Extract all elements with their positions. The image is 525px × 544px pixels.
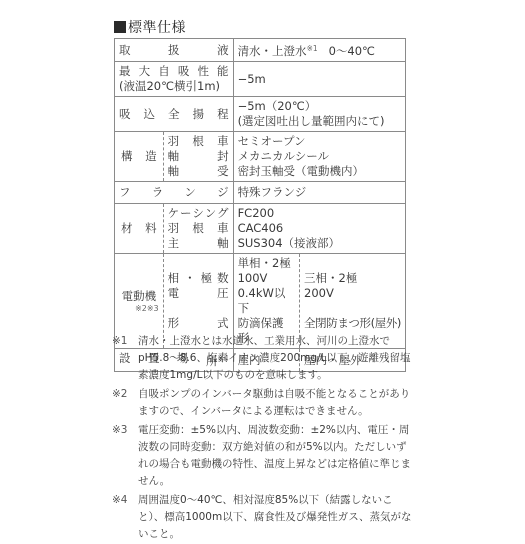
footnote-text: 自吸ポンプのインバータ駆動は自吸不能となることがありますので、インバータによる運… bbox=[138, 386, 412, 420]
footnote-text: 電圧変動：±5%以内、周波数変動：±2%以内、電圧・周波数の同時変動：双方絶対値… bbox=[138, 422, 412, 490]
value-line: 0.4kW以下 bbox=[238, 286, 295, 316]
footnote-mark: ※3 bbox=[112, 422, 138, 490]
section-title-text: 標準仕様 bbox=[128, 20, 186, 36]
footnote-mark: ※4 bbox=[112, 492, 138, 543]
liquid-range: 0〜40℃ bbox=[329, 44, 375, 58]
sub-label: 電圧 bbox=[168, 286, 229, 301]
value-line: 密封玉軸受（電動機内） bbox=[238, 164, 401, 179]
group-label-text: 電動機 bbox=[119, 289, 159, 304]
value-line: SUS304（接液部） bbox=[238, 236, 401, 251]
sub-label: 相・極数 bbox=[168, 271, 229, 286]
value-line: セミオープン bbox=[238, 134, 401, 149]
spec-table: 取扱液 清水・上澄水※1 0〜40℃ 最大自吸性能 (液温20℃横引1m) −5… bbox=[114, 38, 406, 372]
footnote: ※2 自吸ポンプのインバータ駆動は自吸不能となることがありますので、インバータに… bbox=[112, 386, 412, 420]
spread-label: 最大自吸性能 bbox=[119, 64, 229, 79]
liquid-value: 清水・上澄水 bbox=[238, 44, 307, 58]
value-line: メカニカルシール bbox=[238, 149, 401, 164]
square-bullet-icon bbox=[114, 21, 126, 33]
value-line: (選定図吐出し量範囲内にて) bbox=[238, 114, 401, 129]
table-row-liquid: 取扱液 清水・上澄水※1 0〜40℃ bbox=[115, 39, 406, 62]
group-label: 構造 bbox=[115, 132, 164, 182]
spread-label: 吸込全揚程 bbox=[119, 107, 229, 122]
footnote: ※1 清水・上澄水とは水道水、工業用水、河川の上澄水でpH5.8〜8.6、塩素イ… bbox=[112, 333, 412, 384]
footnotes: ※1 清水・上澄水とは水道水、工業用水、河川の上澄水でpH5.8〜8.6、塩素イ… bbox=[112, 333, 412, 543]
sub-label bbox=[168, 301, 229, 316]
sub-label: 羽根車 bbox=[168, 221, 229, 236]
value-line: 200V bbox=[304, 286, 401, 301]
sub-label: ケーシング bbox=[168, 206, 229, 221]
row-value: セミオープン メカニカルシール 密封玉軸受（電動機内） bbox=[233, 132, 405, 182]
row-value: 特殊フランジ bbox=[233, 182, 405, 204]
sub-labels: ケーシング 羽根車 主軸 bbox=[163, 204, 233, 254]
row-label: 取扱液 bbox=[115, 39, 234, 62]
sub-label: 形式 bbox=[168, 316, 229, 331]
row-label: 吸込全揚程 bbox=[115, 97, 234, 132]
row-value: −5m（20℃） (選定図吐出し量範囲内にて) bbox=[233, 97, 405, 132]
section-title: 標準仕様 bbox=[114, 17, 186, 37]
sub-label: 主軸 bbox=[168, 236, 229, 251]
value-line: FC200 bbox=[238, 206, 401, 221]
footnote-text: 周囲温度0〜40℃、相対湿度85%以下（結露しないこと）、標高1000m以下、腐… bbox=[138, 492, 412, 543]
sub-label: 軸受 bbox=[168, 164, 229, 179]
footnote-mark: ※2 bbox=[112, 386, 138, 420]
spread-label: 取扱液 bbox=[119, 43, 229, 58]
value-line: 三相・2極 bbox=[304, 271, 401, 286]
footnote-text: 清水・上澄水とは水道水、工業用水、河川の上澄水でpH5.8〜8.6、塩素イオン濃… bbox=[138, 333, 412, 384]
sub-label: 羽根車 bbox=[168, 134, 229, 149]
footnote-mark: ※1 bbox=[112, 333, 138, 384]
sub-label: 軸封 bbox=[168, 149, 229, 164]
note-ref: ※2※3 bbox=[119, 304, 159, 313]
value-line: CAC406 bbox=[238, 221, 401, 236]
value-line: 100V bbox=[238, 271, 295, 286]
value-line: 全閉防まつ形(屋外) bbox=[304, 316, 401, 331]
table-row-self-priming: 最大自吸性能 (液温20℃横引1m) −5m bbox=[115, 62, 406, 97]
spread-label: フランジ bbox=[119, 185, 229, 200]
table-row-flange: フランジ 特殊フランジ bbox=[115, 182, 406, 204]
table-row-suction-head: 吸込全揚程 −5m（20℃） (選定図吐出し量範囲内にて) bbox=[115, 97, 406, 132]
row-label-sub: (液温20℃横引1m) bbox=[119, 79, 229, 94]
row-label: 最大自吸性能 (液温20℃横引1m) bbox=[115, 62, 234, 97]
footnote: ※3 電圧変動：±5%以内、周波数変動：±2%以内、電圧・周波数の同時変動：双方… bbox=[112, 422, 412, 490]
note-ref: ※1 bbox=[307, 44, 318, 53]
row-value: 清水・上澄水※1 0〜40℃ bbox=[233, 39, 405, 62]
table-row-material: 材料 ケーシング 羽根車 主軸 FC200 CAC406 SUS304（接液部） bbox=[115, 204, 406, 254]
value-line: 単相・2極 bbox=[238, 256, 295, 271]
table-row-structure: 構造 羽根車 軸封 軸受 セミオープン メカニカルシール 密封玉軸受（電動機内） bbox=[115, 132, 406, 182]
row-value: FC200 CAC406 SUS304（接液部） bbox=[233, 204, 405, 254]
sub-labels: 羽根車 軸封 軸受 bbox=[163, 132, 233, 182]
row-value: −5m bbox=[233, 62, 405, 97]
value-line: −5m（20℃） bbox=[238, 99, 401, 114]
group-label: 材料 bbox=[115, 204, 164, 254]
footnote: ※4 周囲温度0〜40℃、相対湿度85%以下（結露しないこと）、標高1000m以… bbox=[112, 492, 412, 543]
row-label: フランジ bbox=[115, 182, 234, 204]
value-line bbox=[304, 301, 401, 316]
